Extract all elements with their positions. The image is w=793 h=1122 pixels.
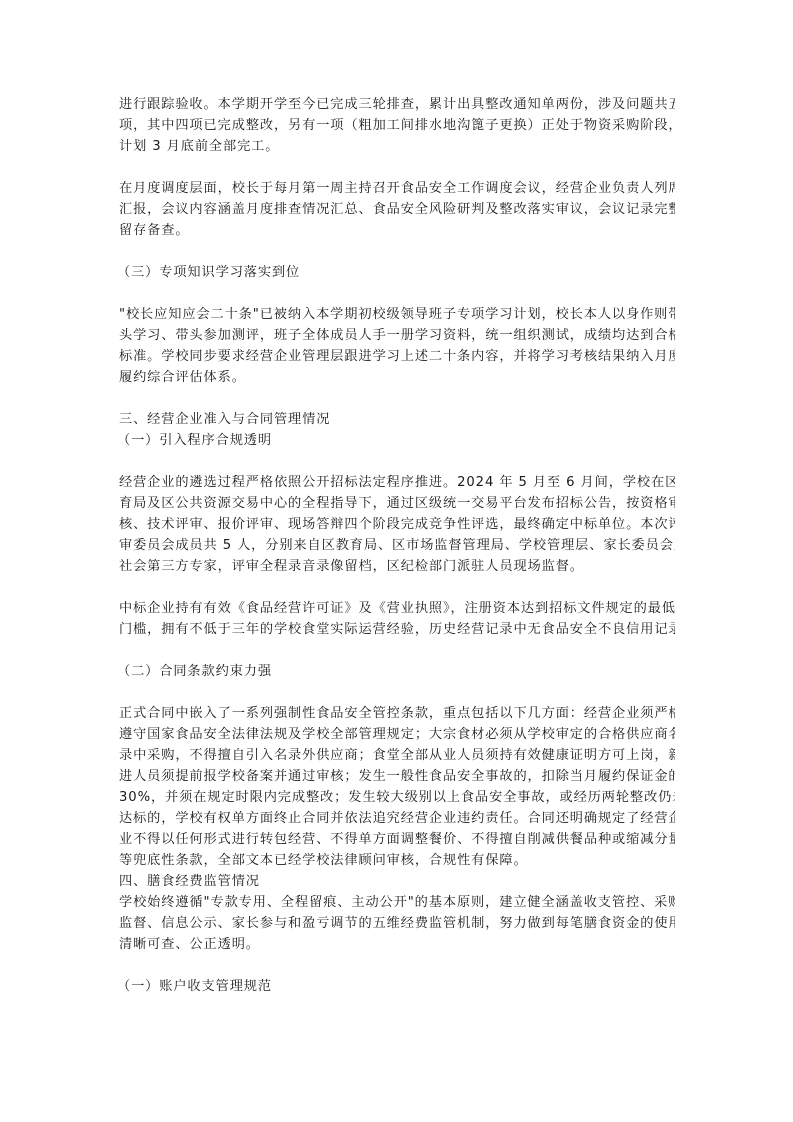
document-page: 进行跟踪验收。本学期开学至今已完成三轮排查，累计出具整改通知单两份，涉及问题共五…: [0, 0, 793, 1122]
text-line: 监督、信息公示、家长参与和盈亏调节的五维经费监管机制，努力做到每笔膳食资金的使用: [119, 913, 675, 934]
text-line: 计划 3 月底前全部完工。: [119, 136, 675, 157]
text-line: 清晰可查、公正透明。: [119, 934, 675, 955]
text-line: 正式合同中嵌入了一系列强制性食品安全管控条款，重点包括以下几方面：经营企业须严格: [119, 703, 675, 724]
text-line: 录中采购，不得擅自引入名录外供应商；食堂全部从业人员须持有效健康证明方可上岗，新: [119, 745, 675, 766]
text-line: 留存备查。: [119, 220, 675, 241]
text-line: 汇报，会议内容涵盖月度排查情况汇总、食品安全风险研判及整改落实审议，会议记录完整: [119, 199, 675, 220]
text-line: 审委员会成员共 5 人，分别来自区教育局、区市场监督管理局、学校管理层、家长委员…: [119, 535, 675, 556]
text-line: 经营企业的遴选过程严格依照公开招标法定程序推进。2024 年 5 月至 6 月间…: [119, 472, 675, 493]
text-line: "校长应知应会二十条"已被纳入本学期初校级领导班子专项学习计划，校长本人以身作则…: [119, 304, 675, 325]
text-line: 业不得以任何形式进行转包经营、不得单方面调整餐价、不得擅自削减供餐品种或缩减分量: [119, 829, 675, 850]
text-line: 等兜底性条款，全部文本已经学校法律顾问审核，合规性有保障。: [119, 850, 675, 871]
paragraph-rectification-followup: 进行跟踪验收。本学期开学至今已完成三轮排查，累计出具整改通知单两份，涉及问题共五…: [119, 94, 675, 157]
text-line: 中标企业持有有效《食品经营许可证》及《营业执照》，注册资本达到招标文件规定的最低: [119, 598, 675, 619]
text-line: 遵守国家食品安全法律法规及学校全部管理规定；大宗食材必须从学校审定的合格供应商名: [119, 724, 675, 745]
paragraph-contract-clauses: 正式合同中嵌入了一系列强制性食品安全管控条款，重点包括以下几方面：经营企业须严格…: [119, 703, 675, 871]
text-line: 标准。学校同步要求经营企业管理层跟进学习上述二十条内容，并将学习考核结果纳入月度: [119, 346, 675, 367]
text-line: 在月度调度层面，校长于每月第一周主持召开食品安全工作调度会议，经营企业负责人列席: [119, 178, 675, 199]
text-line: 育局及区公共资源交易中心的全程指导下，通过区级统一交易平台发布招标公告，按资格审: [119, 493, 675, 514]
subheading-procedure-compliance: （一）引入程序合规透明: [117, 430, 272, 451]
paragraph-winning-bidder: 中标企业持有有效《食品经营许可证》及《营业执照》，注册资本达到招标文件规定的最低…: [119, 598, 675, 640]
section-heading-enterprise-access: 三、经营企业准入与合同管理情况: [119, 409, 330, 430]
paragraph-fund-principles: 学校始终遵循"专款专用、全程留痕、主动公开"的基本原则，建立健全涵盖收支管控、采…: [119, 892, 675, 955]
section-heading-meal-funds: 四、膳食经费监管情况: [119, 871, 260, 892]
text-line: 项，其中四项已完成整改，另有一项（粗加工间排水地沟篦子更换）正处于物资采购阶段，: [119, 115, 675, 136]
text-line: 核、技术评审、报价评审、现场答辩四个阶段完成竞争性评选，最终确定中标单位。本次评: [119, 514, 675, 535]
subheading-account-management: （一）账户收支管理规范: [117, 976, 272, 997]
text-line: 门槛，拥有不低于三年的学校食堂实际运营经验，历史经营记录中无食品安全不良信用记录…: [119, 619, 675, 640]
text-line: 30%，并须在规定时限内完成整改；发生较大级别以上食品安全事故，或经历两轮整改仍…: [119, 787, 675, 808]
text-line: 进人员须提前报学校备案并通过审核；发生一般性食品安全事故的，扣除当月履约保证金的: [119, 766, 675, 787]
text-line: 社会第三方专家，评审全程录音录像留档，区纪检部门派驻人员现场监督。: [119, 556, 675, 577]
text-line: 头学习、带头参加测评，班子全体成员人手一册学习资料，统一组织测试，成绩均达到合格: [119, 325, 675, 346]
paragraph-monthly-meeting: 在月度调度层面，校长于每月第一周主持召开食品安全工作调度会议，经营企业负责人列席…: [119, 178, 675, 241]
paragraph-principal-twenty-rules: "校长应知应会二十条"已被纳入本学期初校级领导班子专项学习计划，校长本人以身作则…: [119, 304, 675, 388]
text-line: 进行跟踪验收。本学期开学至今已完成三轮排查，累计出具整改通知单两份，涉及问题共五: [119, 94, 675, 115]
subheading-special-knowledge: （三）专项知识学习落实到位: [117, 262, 300, 283]
paragraph-tender-process: 经营企业的遴选过程严格依照公开招标法定程序推进。2024 年 5 月至 6 月间…: [119, 472, 675, 577]
text-line: 达标的，学校有权单方面终止合同并依法追究经营企业违约责任。合同还明确规定了经营企: [119, 808, 675, 829]
subheading-contract-terms: （二）合同条款约束力强: [117, 661, 272, 682]
text-line: 学校始终遵循"专款专用、全程留痕、主动公开"的基本原则，建立健全涵盖收支管控、采…: [119, 892, 675, 913]
text-line: 履约综合评估体系。: [119, 367, 675, 388]
